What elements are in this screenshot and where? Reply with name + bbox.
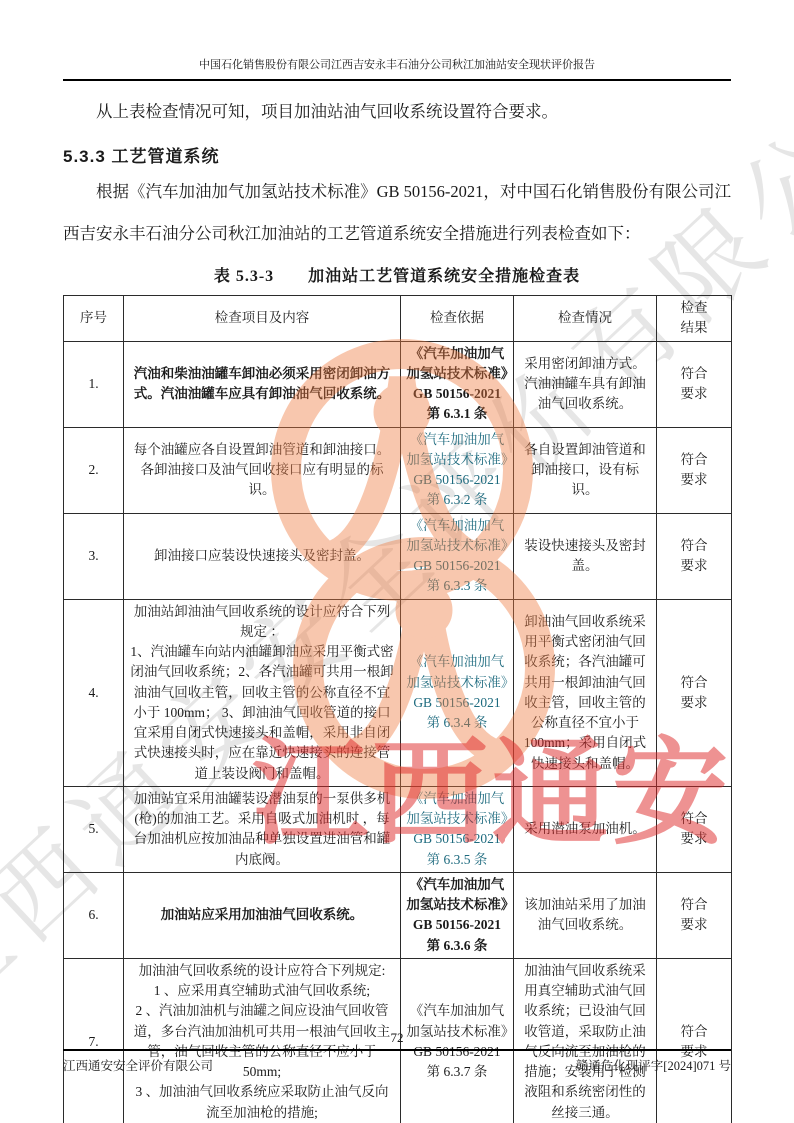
row-basis: 《汽车加油加气加氢站技术标准》GB 50156-2021 第 6.3.3 条 [401,513,514,599]
page-number: 72 [63,1030,731,1049]
row-item: 每个油罐应各自设置卸油管道和卸油接口。各卸油接口及油气回收接口应有明显的标识。 [124,427,401,513]
row-no: 5. [64,786,124,872]
row-situation: 各自设置卸油管道和卸油接口，设有标识。 [514,427,657,513]
safety-check-table: 序号 检查项目及内容 检查依据 检查情况 检查结果 1. 汽油和柴油油罐车卸油必… [63,295,732,1123]
row-no: 3. [64,513,124,599]
row-basis: 《汽车加油加气加氢站技术标准》GB 50156-2021 第 6.3.4 条 [401,599,514,786]
footer-doc-number: 赣通危化现评字[2024]071 号 [576,1056,731,1074]
col-header-situation: 检查情况 [514,296,657,342]
row-result: 符合要求 [657,872,732,958]
row-item: 卸油接口应装设快速接头及密封盖。 [124,513,401,599]
row-situation: 卸油油气回收系统采用平衡式密闭油气回收系统；各汽油罐可共用一根卸油油气回收主管，… [514,599,657,786]
row-situation: 采用潜油泵加油机。 [514,786,657,872]
section-heading: 5.3.3 工艺管道系统 [63,142,731,167]
table-row: 5. 加油站宜采用油罐装设潜油泵的一泵供多机(枪)的加油工艺。采用自吸式加油机时… [64,786,732,872]
table-row: 3. 卸油接口应装设快速接头及密封盖。 《汽车加油加气加氢站技术标准》GB 50… [64,513,732,599]
row-item: 汽油和柴油油罐车卸油必须采用密闭卸油方式。汽油油罐车应具有卸油油气回收系统。 [124,341,401,427]
row-item: 加油站宜采用油罐装设潜油泵的一泵供多机(枪)的加油工艺。采用自吸式加油机时 ，每… [124,786,401,872]
row-basis: 《汽车加油加气加氢站技术标准》GB 50156-2021 第 6.3.6 条 [401,872,514,958]
row-no: 4. [64,599,124,786]
page-body: 从上表检查情况可知，项目加油站油气回收系统设置符合要求。 5.3.3 工艺管道系… [63,92,731,1123]
table-row: 2. 每个油罐应各自设置卸油管道和卸油接口。各卸油接口及油气回收接口应有明显的标… [64,427,732,513]
col-header-result: 检查结果 [657,296,732,342]
row-basis: 《汽车加油加气加氢站技术标准》GB 50156-2021 第 6.3.2 条 [401,427,514,513]
row-no: 1. [64,341,124,427]
table-row: 6. 加油站应采用加油油气回收系统。 《汽车加油加气加氢站技术标准》GB 501… [64,872,732,958]
intro-paragraph: 从上表检查情况可知，项目加油站油气回收系统设置符合要求。 [63,98,731,122]
row-no: 2. [64,427,124,513]
row-situation: 装设快速接头及密封盖。 [514,513,657,599]
col-header-item: 检查项目及内容 [124,296,401,342]
row-result: 符合要求 [657,513,732,599]
row-item: 加油站应采用加油油气回收系统。 [124,872,401,958]
footer-company: 江西通安安全评价有限公司 [63,1056,213,1074]
row-basis: 《汽车加油加气加氢站技术标准》GB 50156-2021 第 6.3.5 条 [401,786,514,872]
row-result: 符合要求 [657,599,732,786]
row-basis: 《汽车加油加气加氢站技术标准》GB 50156-2021 第 6.3.1 条 [401,341,514,427]
row-no: 6. [64,872,124,958]
row-situation: 采用密闭卸油方式。汽油油罐车具有卸油油气回收系统。 [514,341,657,427]
row-item: 加油站卸油油气回收系统的设计应符合下列规定 ： 1、汽油罐车向站内油罐卸油应采用… [124,599,401,786]
table-header-row: 序号 检查项目及内容 检查依据 检查情况 检查结果 [64,296,732,342]
col-header-basis: 检查依据 [401,296,514,342]
table-row: 4. 加油站卸油油气回收系统的设计应符合下列规定 ： 1、汽油罐车向站内油罐卸油… [64,599,732,786]
row-result: 符合要求 [657,341,732,427]
row-result: 符合要求 [657,786,732,872]
row-situation: 该加油站采用了加油油气回收系统。 [514,872,657,958]
page-footer: 72 江西通安安全评价有限公司 赣通危化现评字[2024]071 号 [63,1030,731,1074]
table-row: 1. 汽油和柴油油罐车卸油必须采用密闭卸油方式。汽油油罐车应具有卸油油气回收系统… [64,341,732,427]
document-page: 江西通安安全评价有限公司 中国石化销售股份有限公司江西吉安永丰石油分公司秋江加油… [0,0,794,1123]
row-result: 符合要求 [657,427,732,513]
section-paragraph: 根据《汽车加油加气加氢站技术标准》GB 50156-2021，对中国石化销售股份… [63,171,731,255]
table-caption: 表 5.3-3 加油站工艺管道系统安全措施检查表 [63,263,731,286]
report-running-header: 中国石化销售股份有限公司江西吉安永丰石油分公司秋江加油站安全现状评价报告 [63,56,731,81]
col-header-no: 序号 [64,296,124,342]
